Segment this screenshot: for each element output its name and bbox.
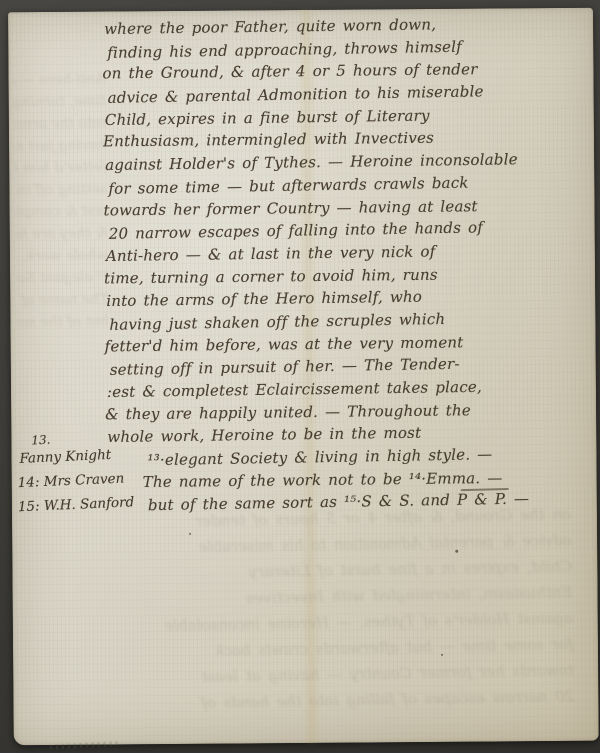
ink-showthrough-verso: on the Ground, & after 4 or 5 hours of t… bbox=[41, 505, 575, 725]
margin-note-13-fanny-knight: Fanny Knight bbox=[19, 447, 111, 467]
ink-speck bbox=[189, 533, 191, 535]
scanned-manuscript-photo: { "document": { "type": "handwritten-man… bbox=[0, 0, 600, 753]
ink-showthrough-margin: Anti-hero — & at last in the very nick o… bbox=[13, 71, 110, 432]
ink-speck bbox=[441, 654, 443, 656]
manuscript-paper: Anti-hero — & at last in the very nick o… bbox=[8, 8, 599, 746]
catalog-pencil-mark bbox=[50, 741, 118, 749]
manuscript-text-block: where the poor Father, quite worn down, … bbox=[104, 15, 600, 518]
ink-speck bbox=[455, 550, 458, 553]
margin-note-13-number: 13. bbox=[31, 433, 51, 448]
